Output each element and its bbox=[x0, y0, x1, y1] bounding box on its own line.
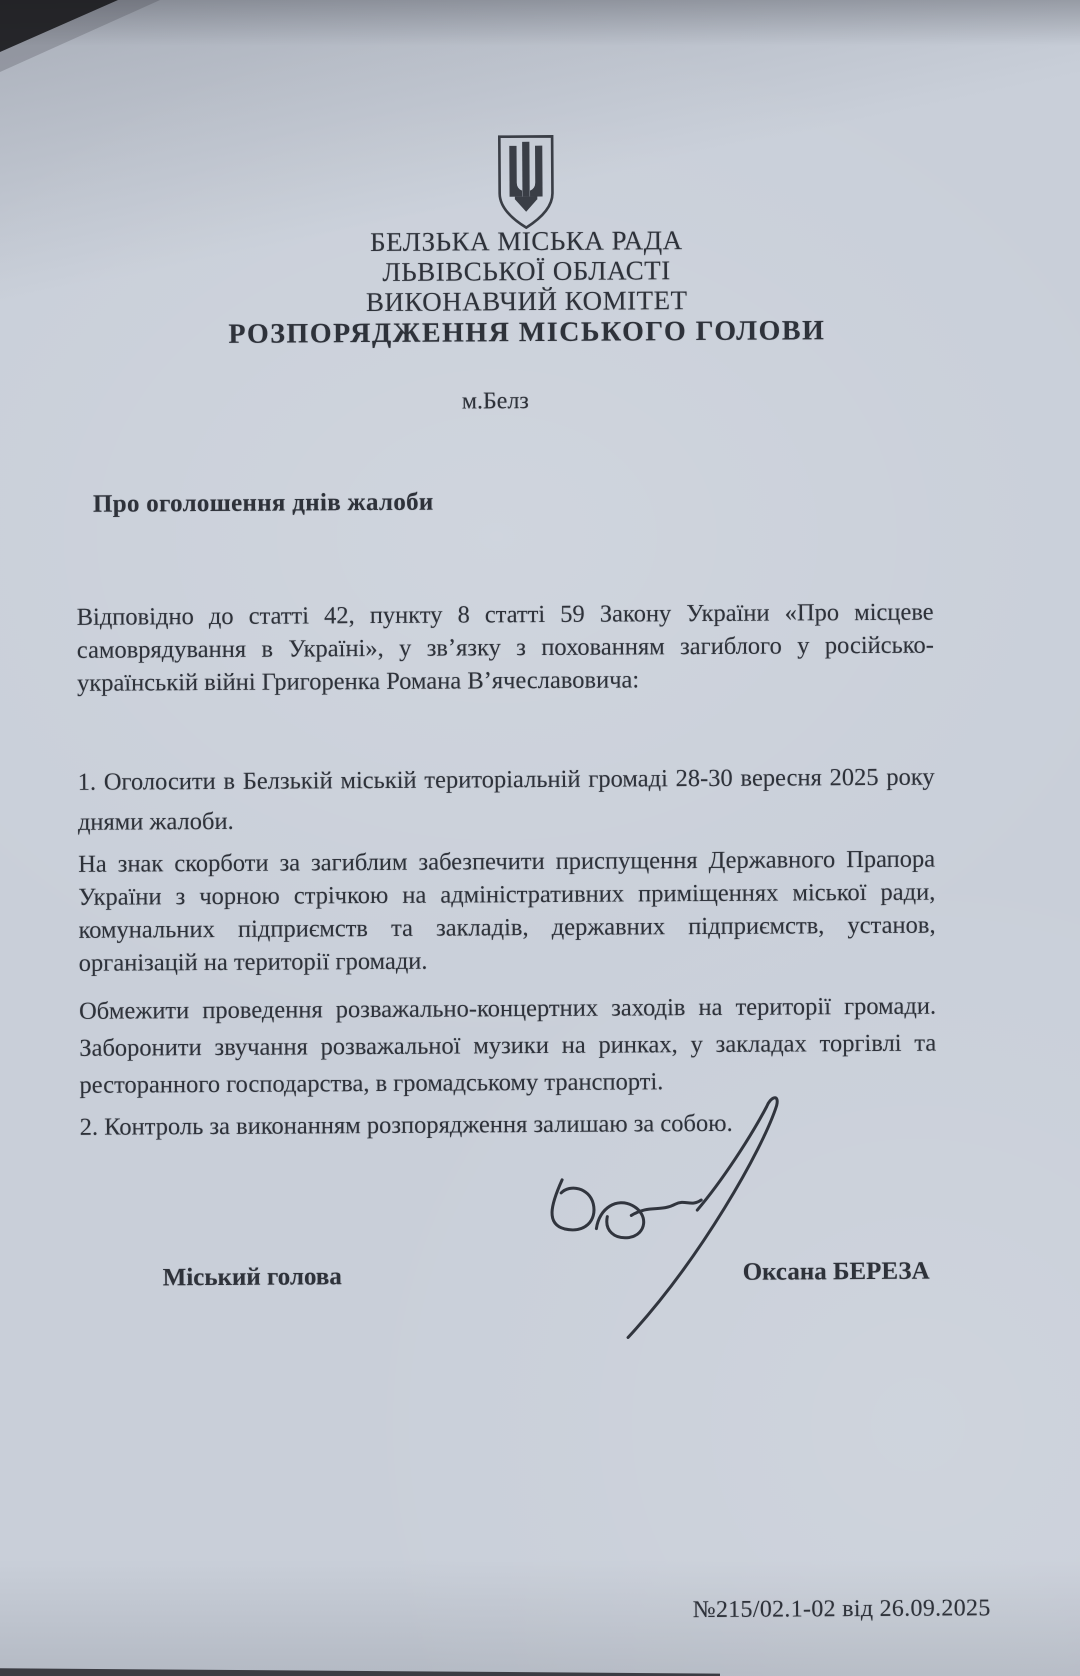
body-paragraph-flag: На знак скорботи за загиблим забезпечити… bbox=[78, 843, 936, 980]
signature-image bbox=[500, 1086, 832, 1348]
ukraine-trident-icon bbox=[493, 132, 560, 232]
document-number-and-date: №215/02.1-02 від 26.09.2025 bbox=[693, 1595, 991, 1624]
place-line: м.Белз bbox=[0, 385, 1035, 419]
signer-name: Оксана БЕРЕЗА bbox=[743, 1258, 930, 1287]
subject-line: Про оголошення днів жалоби bbox=[93, 489, 434, 519]
body-paragraph-item1: 1. Оголосити в Белзькій міській територі… bbox=[78, 758, 935, 843]
document-type-title: РОЗПОРЯДЖЕННЯ МІСЬКОГО ГОЛОВИ bbox=[0, 314, 1067, 353]
body-paragraph-intro: Відповідно до статті 42, пункту 8 статті… bbox=[77, 596, 935, 700]
document-header: БЕЛЗЬКА МІСЬКА РАДА ЛЬВІВСЬКОЇ ОБЛАСТІ В… bbox=[0, 223, 1067, 353]
scanned-document-page: БЕЛЗЬКА МІСЬКА РАДА ЛЬВІВСЬКОЇ ОБЛАСТІ В… bbox=[0, 0, 1080, 1676]
signer-title: Міський голова bbox=[163, 1263, 342, 1292]
document-sheet: БЕЛЗЬКА МІСЬКА РАДА ЛЬВІВСЬКОЇ ОБЛАСТІ В… bbox=[0, 0, 1080, 1676]
